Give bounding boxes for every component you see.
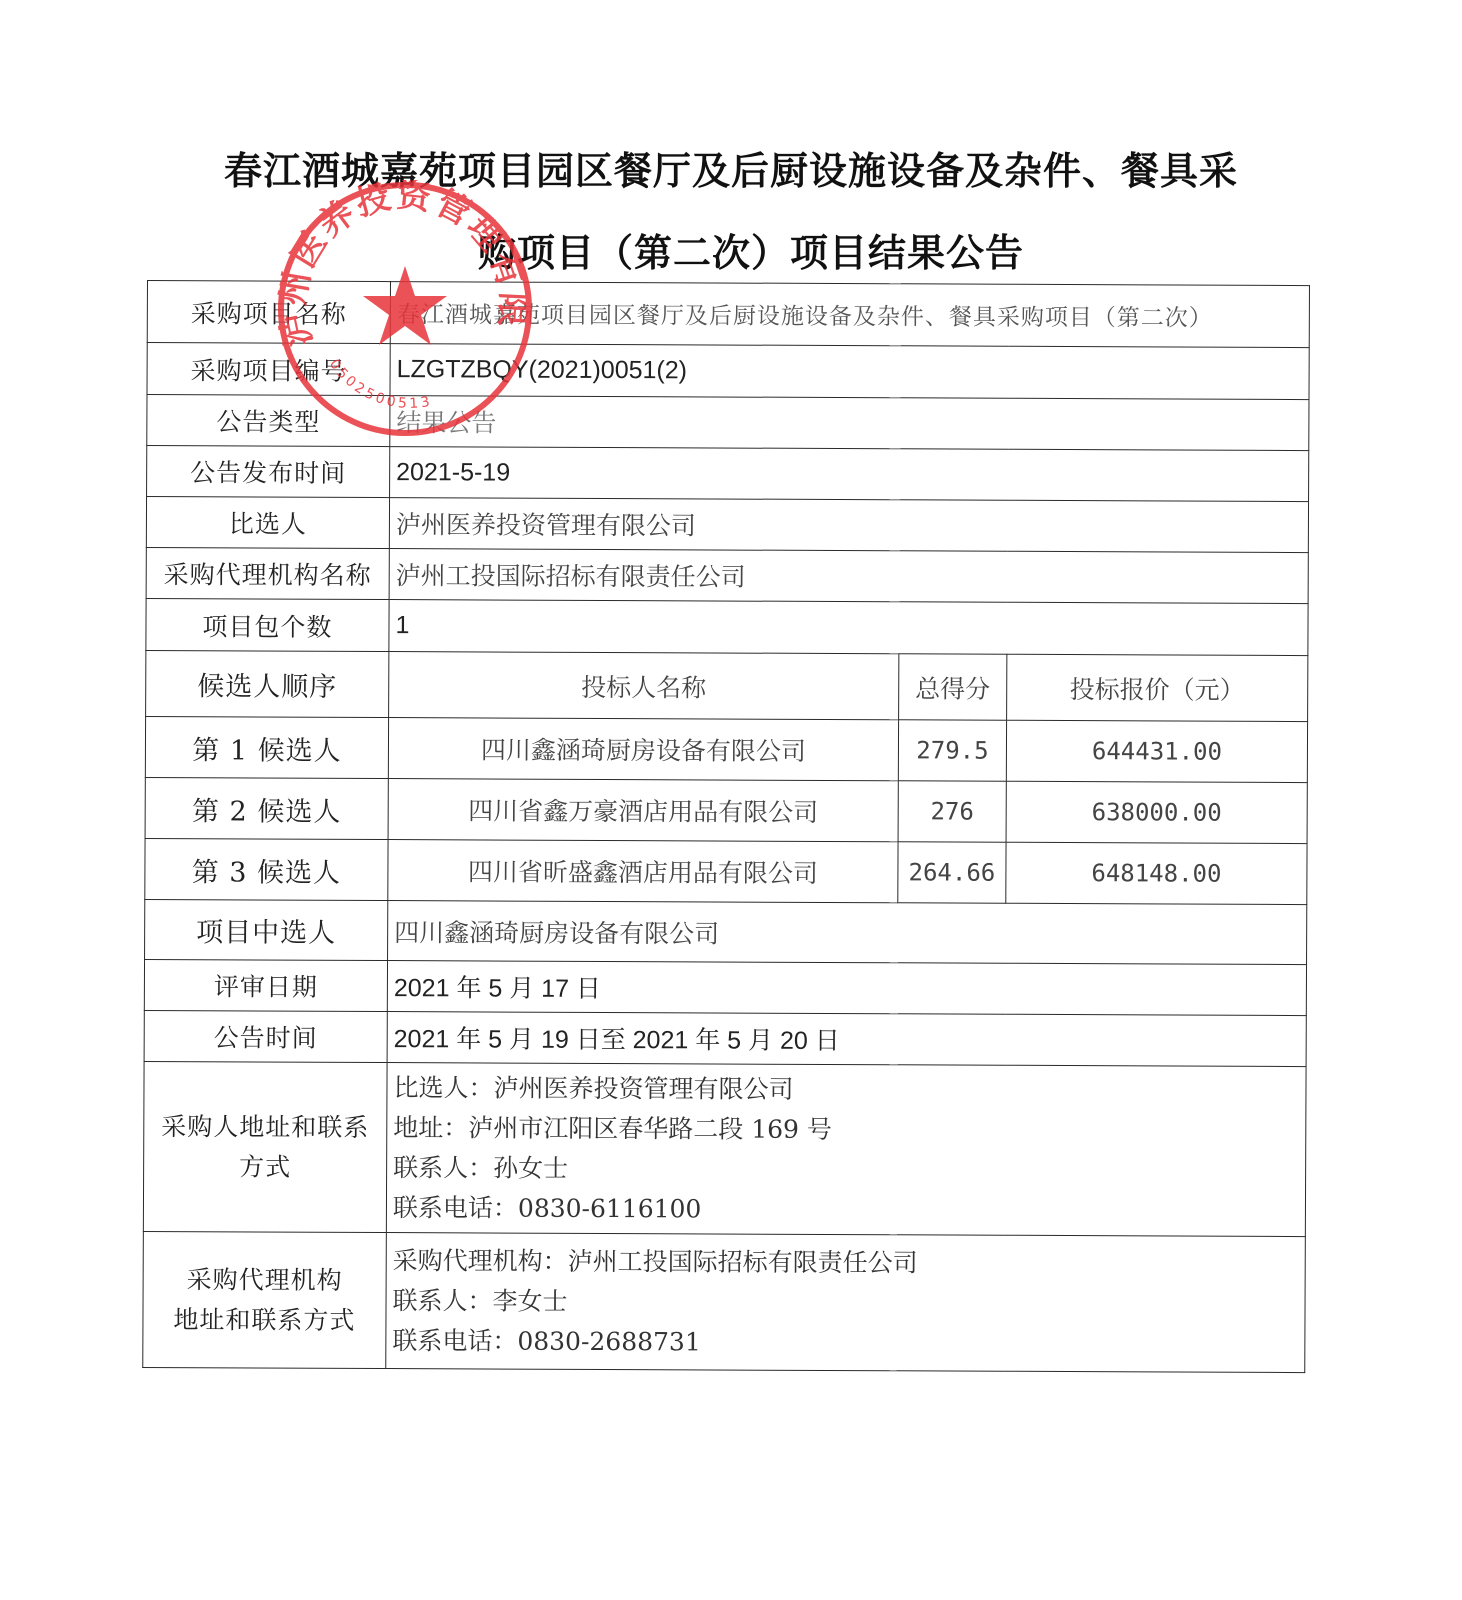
purchaser-selector-line: 比选人：泸州医养投资管理有限公司: [393, 1068, 1299, 1112]
label-review-date: 评审日期: [144, 959, 387, 1011]
label-agency-contact-line-1: 采购代理机构: [150, 1260, 380, 1301]
row-project-name: 采购项目名称 春江酒城嘉苑项目园区餐厅及后厨设施设备及杂件、餐具采购项目（第二次…: [147, 281, 1309, 348]
value-review-date: 2021 年 5 月 17 日: [387, 961, 1306, 1016]
label-selected-bidder: 项目中选人: [145, 899, 388, 960]
row-agency-name: 采购代理机构名称 泸州工投国际招标有限责任公司: [146, 547, 1308, 603]
value-agency-contact: 采购代理机构：泸州工投国际招标有限责任公司 联系人：李女士 联系电话：0830-…: [386, 1233, 1306, 1373]
header-bidder-name: 投标人名称: [389, 652, 899, 720]
label-agency-name: 采购代理机构名称: [146, 547, 389, 599]
candidate-price: 648148.00: [1006, 842, 1307, 904]
row-publish-date: 公告发布时间 2021-5-19: [147, 446, 1309, 502]
candidate-name: 四川省昕盛鑫酒店用品有限公司: [388, 840, 898, 903]
candidate-price: 644431.00: [1006, 720, 1307, 782]
value-selected-bidder: 四川鑫涵琦厨房设备有限公司: [388, 901, 1307, 965]
row-package-count: 项目包个数 1: [146, 598, 1308, 655]
label-notice-type: 公告类型: [147, 395, 390, 447]
label-publish-date: 公告发布时间: [147, 446, 390, 498]
agency-phone-line: 联系电话：0830-2688731: [392, 1321, 1298, 1365]
candidate-score: 264.66: [898, 842, 1006, 903]
value-purchaser-contact: 比选人：泸州医养投资管理有限公司 地址：泸州市江阳区春华路二段 169 号 联系…: [386, 1063, 1306, 1237]
value-notice-type: 结果公告: [390, 396, 1309, 451]
agency-name-line: 采购代理机构：泸州工投国际招标有限责任公司: [393, 1241, 1299, 1285]
candidate-rank: 第 1 候选人: [145, 716, 388, 778]
label-selector: 比选人: [146, 497, 389, 549]
candidate-name: 四川鑫涵琦厨房设备有限公司: [388, 718, 898, 781]
document-page: 春江酒城嘉苑项目园区餐厅及后厨设施设备及杂件、餐具采 购项目（第二次）项目结果公…: [0, 0, 1462, 1600]
row-purchaser-contact: 采购人地址和联系 方式 比选人：泸州医养投资管理有限公司 地址：泸州市江阳区春华…: [143, 1061, 1306, 1236]
value-project-number: LZGTZBQY(2021)0051(2): [390, 344, 1309, 400]
header-total-score: 总得分: [899, 654, 1007, 720]
candidate-score: 276: [898, 781, 1006, 842]
result-notice-table: 采购项目名称 春江酒城嘉苑项目园区餐厅及后厨设施设备及杂件、餐具采购项目（第二次…: [142, 280, 1310, 1373]
label-package-count: 项目包个数: [146, 598, 389, 651]
candidate-rank: 第 3 候选人: [145, 838, 388, 900]
row-selected-bidder: 项目中选人 四川鑫涵琦厨房设备有限公司: [145, 899, 1307, 964]
label-notice-period: 公告时间: [144, 1010, 387, 1062]
row-notice-type: 公告类型 结果公告: [147, 395, 1309, 451]
value-publish-date: 2021-5-19: [390, 447, 1309, 502]
candidate-price: 638000.00: [1006, 781, 1307, 843]
document-title-line-2: 购项目（第二次）项目结果公告: [0, 222, 1462, 277]
agency-contact-person-line: 联系人：李女士: [392, 1281, 1298, 1325]
label-purchaser-contact: 采购人地址和联系 方式: [143, 1061, 387, 1232]
candidate-score: 279.5: [898, 720, 1006, 781]
document-title-line-1: 春江酒城嘉苑项目园区餐厅及后厨设施设备及杂件、餐具采: [0, 140, 1462, 195]
label-purchaser-contact-line-2: 方式: [150, 1147, 380, 1188]
candidate-row: 第 1 候选人 四川鑫涵琦厨房设备有限公司 279.5 644431.00: [145, 716, 1307, 782]
row-notice-period: 公告时间 2021 年 5 月 19 日至 2021 年 5 月 20 日: [144, 1010, 1306, 1066]
candidates-header-row: 候选人顺序 投标人名称 总得分 投标报价（元）: [146, 650, 1308, 721]
value-agency-name: 泸州工投国际招标有限责任公司: [389, 549, 1308, 604]
header-bid-price: 投标报价（元）: [1007, 654, 1308, 721]
row-review-date: 评审日期 2021 年 5 月 17 日: [144, 959, 1306, 1015]
label-agency-contact: 采购代理机构 地址和联系方式: [143, 1231, 387, 1368]
row-agency-contact: 采购代理机构 地址和联系方式 采购代理机构：泸州工投国际招标有限责任公司 联系人…: [143, 1231, 1306, 1372]
value-package-count: 1: [389, 600, 1308, 656]
purchaser-address-line: 地址：泸州市江阳区春华路二段 169 号: [393, 1108, 1299, 1152]
row-project-number: 采购项目编号 LZGTZBQY(2021)0051(2): [147, 343, 1309, 400]
row-selector: 比选人 泸州医养投资管理有限公司: [146, 497, 1308, 553]
candidate-rank: 第 2 候选人: [145, 777, 388, 839]
candidate-row: 第 2 候选人 四川省鑫万豪酒店用品有限公司 276 638000.00: [145, 777, 1307, 843]
label-purchaser-contact-line-1: 采购人地址和联系: [150, 1107, 380, 1148]
purchaser-contact-person-line: 联系人：孙女士: [393, 1148, 1299, 1192]
value-selector: 泸州医养投资管理有限公司: [389, 498, 1308, 553]
candidate-name: 四川省鑫万豪酒店用品有限公司: [388, 779, 898, 842]
header-candidate-rank: 候选人顺序: [146, 650, 389, 717]
candidate-row: 第 3 候选人 四川省昕盛鑫酒店用品有限公司 264.66 648148.00: [145, 838, 1307, 904]
label-project-name: 采购项目名称: [147, 281, 390, 344]
value-project-name: 春江酒城嘉苑项目园区餐厅及后厨设施设备及杂件、餐具采购项目（第二次）: [390, 282, 1309, 348]
purchaser-phone-line: 联系电话：0830-6116100: [393, 1188, 1299, 1232]
label-project-number: 采购项目编号: [147, 343, 390, 396]
label-agency-contact-line-2: 地址和联系方式: [149, 1300, 379, 1341]
value-notice-period: 2021 年 5 月 19 日至 2021 年 5 月 20 日: [387, 1012, 1306, 1067]
